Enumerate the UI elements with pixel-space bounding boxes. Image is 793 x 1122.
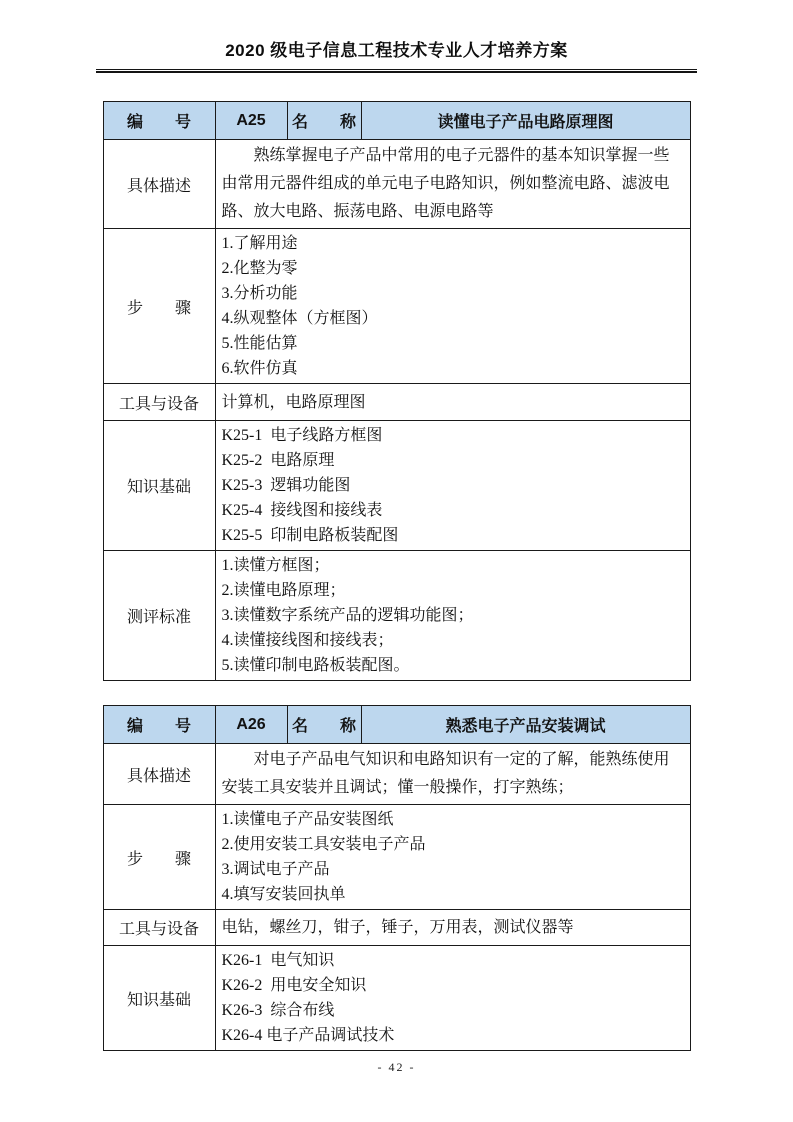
- content-line: 5.性能估算: [222, 331, 684, 356]
- content-line: 3.调试电子产品: [222, 857, 684, 882]
- id-label: 编 号: [103, 706, 215, 744]
- table-row-tools: 工具与设备 计算机，电路原理图: [103, 384, 690, 421]
- row-content: 1.读懂方框图；2.读懂电路原理；3.读懂数字系统产品的逻辑功能图；4.读懂接线…: [215, 551, 690, 681]
- row-content: 计算机，电路原理图: [215, 384, 690, 421]
- page-number: - 42 -: [0, 1060, 793, 1075]
- document-header: 2020 级电子信息工程技术专业人才培养方案: [0, 0, 793, 73]
- row-content: 对电子产品电气知识和电路知识有一定的了解，能熟练使用安装工具安装并且调试；懂一般…: [215, 744, 690, 805]
- row-label: 步 骤: [103, 229, 215, 384]
- name-label: 名 称: [287, 102, 361, 140]
- content-line: 6.软件仿真: [222, 356, 684, 381]
- row-label: 步 骤: [103, 805, 215, 910]
- tools-list: 计算机，电路原理图: [222, 390, 684, 415]
- table-row-description: 具体描述 熟练掌握电子产品中常用的电子元器件的基本知识掌握一些由常用元器件组成的…: [103, 140, 690, 229]
- content-line: K25-1 电子线路方框图: [222, 423, 684, 448]
- content-line: 电钻，螺丝刀，钳子，锤子，万用表，测试仪器等: [222, 915, 684, 940]
- row-label: 具体描述: [103, 140, 215, 229]
- content-line: 2.化整为零: [222, 256, 684, 281]
- table-row-description: 具体描述 对电子产品电气知识和电路知识有一定的了解，能熟练使用安装工具安装并且调…: [103, 744, 690, 805]
- steps-list: 1.了解用途2.化整为零3.分析功能4.纵观整体（方框图）5.性能估算6.软件仿…: [222, 231, 684, 381]
- content-line: 2.使用安装工具安装电子产品: [222, 832, 684, 857]
- id-value: A25: [215, 102, 287, 140]
- table-row-criteria: 测评标准 1.读懂方框图；2.读懂电路原理；3.读懂数字系统产品的逻辑功能图；4…: [103, 551, 690, 681]
- id-label: 编 号: [103, 102, 215, 140]
- row-content: 熟练掌握电子产品中常用的电子元器件的基本知识掌握一些由常用元器件组成的单元电子电…: [215, 140, 690, 229]
- table-header-row: 编 号 A25 名 称 读懂电子产品电路原理图: [103, 102, 690, 140]
- table-row-steps: 步 骤 1.读懂电子产品安装图纸2.使用安装工具安装电子产品3.调试电子产品4.…: [103, 805, 690, 910]
- description-text: 熟练掌握电子产品中常用的电子元器件的基本知识掌握一些由常用元器件组成的单元电子电…: [222, 142, 684, 226]
- table-row-knowledge: 知识基础 K26-1 电气知识K26-2 用电安全知识K26-3 综合布线K26…: [103, 946, 690, 1051]
- content-line: K25-2 电路原理: [222, 448, 684, 473]
- spec-table-a26: 编 号 A26 名 称 熟悉电子产品安装调试 具体描述 对电子产品电气知识和电路…: [103, 705, 691, 1051]
- content-line: K26-4 电子产品调试技术: [222, 1023, 684, 1048]
- row-label: 工具与设备: [103, 910, 215, 946]
- row-content: 1.了解用途2.化整为零3.分析功能4.纵观整体（方框图）5.性能估算6.软件仿…: [215, 229, 690, 384]
- row-label: 具体描述: [103, 744, 215, 805]
- content-line: K26-3 综合布线: [222, 998, 684, 1023]
- table-row-knowledge: 知识基础 K25-1 电子线路方框图K25-2 电路原理K25-3 逻辑功能图K…: [103, 421, 690, 551]
- table-row-tools: 工具与设备 电钻，螺丝刀，钳子，锤子，万用表，测试仪器等: [103, 910, 690, 946]
- content-line: 4.填写安装回执单: [222, 882, 684, 907]
- id-value: A26: [215, 706, 287, 744]
- content-line: 1.了解用途: [222, 231, 684, 256]
- document-page: 2020 级电子信息工程技术专业人才培养方案 编 号 A25 名 称 读懂电子产…: [0, 0, 793, 1122]
- steps-list: 1.读懂电子产品安装图纸2.使用安装工具安装电子产品3.调试电子产品4.填写安装…: [222, 807, 684, 907]
- content-line: 1.读懂电子产品安装图纸: [222, 807, 684, 832]
- row-label: 知识基础: [103, 421, 215, 551]
- table-header-row: 编 号 A26 名 称 熟悉电子产品安装调试: [103, 706, 690, 744]
- name-value: 读懂电子产品电路原理图: [361, 102, 690, 140]
- header-double-rule: [96, 69, 697, 73]
- content-line: 4.读懂接线图和接线表；: [222, 628, 684, 653]
- content-line: K26-1 电气知识: [222, 948, 684, 973]
- content-line: 5.读懂印制电路板装配图。: [222, 653, 684, 678]
- content-line: 1.读懂方框图；: [222, 553, 684, 578]
- content-line: K25-3 逻辑功能图: [222, 473, 684, 498]
- row-content: 1.读懂电子产品安装图纸2.使用安装工具安装电子产品3.调试电子产品4.填写安装…: [215, 805, 690, 910]
- content-line: 3.分析功能: [222, 281, 684, 306]
- row-label: 工具与设备: [103, 384, 215, 421]
- row-content: K25-1 电子线路方框图K25-2 电路原理K25-3 逻辑功能图K25-4 …: [215, 421, 690, 551]
- knowledge-list: K25-1 电子线路方框图K25-2 电路原理K25-3 逻辑功能图K25-4 …: [222, 423, 684, 548]
- row-content: K26-1 电气知识K26-2 用电安全知识K26-3 综合布线K26-4 电子…: [215, 946, 690, 1051]
- row-content: 电钻，螺丝刀，钳子，锤子，万用表，测试仪器等: [215, 910, 690, 946]
- description-text: 对电子产品电气知识和电路知识有一定的了解，能熟练使用安装工具安装并且调试；懂一般…: [222, 746, 684, 802]
- document-title: 2020 级电子信息工程技术专业人才培养方案: [0, 40, 793, 62]
- row-label: 知识基础: [103, 946, 215, 1051]
- table-row-steps: 步 骤 1.了解用途2.化整为零3.分析功能4.纵观整体（方框图）5.性能估算6…: [103, 229, 690, 384]
- spec-table-a25: 编 号 A25 名 称 读懂电子产品电路原理图 具体描述 熟练掌握电子产品中常用…: [103, 101, 691, 681]
- knowledge-list: K26-1 电气知识K26-2 用电安全知识K26-3 综合布线K26-4 电子…: [222, 948, 684, 1048]
- tools-list: 电钻，螺丝刀，钳子，锤子，万用表，测试仪器等: [222, 915, 684, 940]
- criteria-list: 1.读懂方框图；2.读懂电路原理；3.读懂数字系统产品的逻辑功能图；4.读懂接线…: [222, 553, 684, 678]
- content-line: 4.纵观整体（方框图）: [222, 306, 684, 331]
- content-line: 计算机，电路原理图: [222, 390, 684, 415]
- name-label: 名 称: [287, 706, 361, 744]
- row-label: 测评标准: [103, 551, 215, 681]
- content-line: K25-5 印制电路板装配图: [222, 523, 684, 548]
- content-line: K26-2 用电安全知识: [222, 973, 684, 998]
- name-value: 熟悉电子产品安装调试: [361, 706, 690, 744]
- content-line: 2.读懂电路原理；: [222, 578, 684, 603]
- content-line: K25-4 接线图和接线表: [222, 498, 684, 523]
- content-line: 3.读懂数字系统产品的逻辑功能图；: [222, 603, 684, 628]
